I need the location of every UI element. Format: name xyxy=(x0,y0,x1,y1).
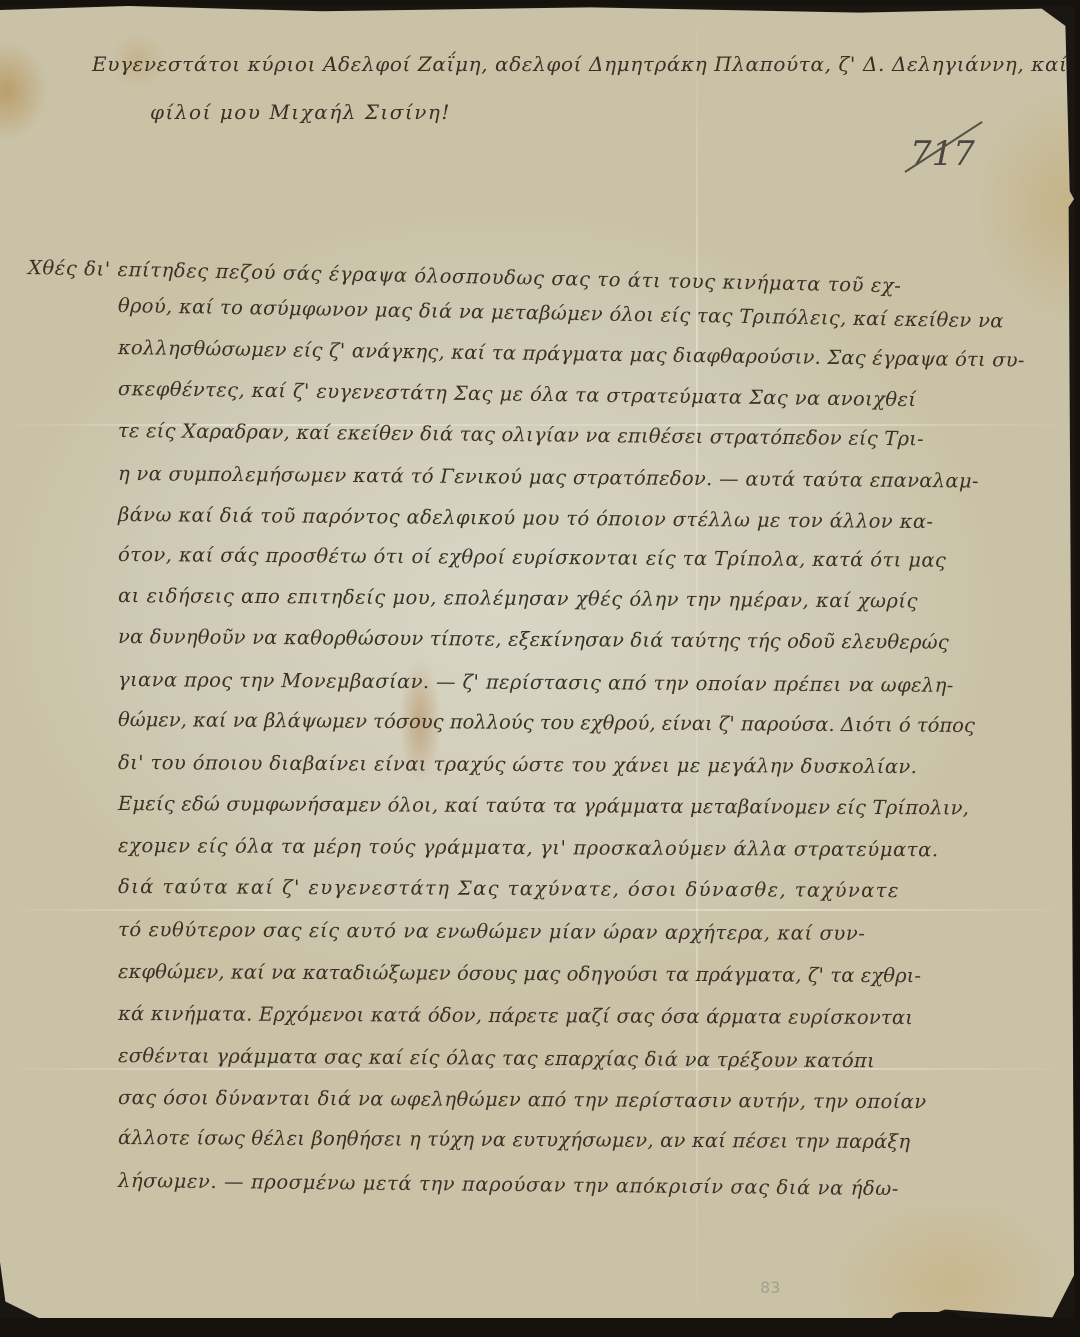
body-line: σκεφθέντες, καί ζ' ευγενεστάτη Σας με όλ… xyxy=(118,377,917,411)
torn-edge xyxy=(890,1312,965,1337)
body-line: γιανα προς την Μονεμβασίαν. — ζ' περίστα… xyxy=(118,668,954,697)
body-line: άλλοτε ίσως θέλει βοηθήσει η τύχη να ευτ… xyxy=(118,1126,910,1153)
archive-number: 717 xyxy=(910,134,975,174)
body-line: τό ευθύτερον σας είς αυτό να ενωθώμεν μί… xyxy=(118,918,866,945)
body-line: Εμείς εδώ συμφωνήσαμεν όλοι, καί ταύτα τ… xyxy=(118,792,969,819)
body-line: Χθές δι' επίτηδες πεζού σάς έγραψα όλοσπ… xyxy=(28,256,902,297)
scan-background xyxy=(1074,0,1080,1337)
body-line: κολλησθώσωμεν είς ζ' ανάγκης, καί τα πρά… xyxy=(118,336,1025,372)
body-line: κά κινήματα. Ερχόμενοι κατά όδον, πάρετε… xyxy=(118,1002,913,1029)
body-line: ότον, καί σάς προσθέτω ότι οί εχθροί ευρ… xyxy=(118,543,946,572)
salutation-line-1: Ευγενεστάτοι κύριοι Αδελφοί Ζαΐμη, αδελφ… xyxy=(92,52,1068,76)
salutation-line-2: φίλοί μου Μιχαήλ Σισίνη! xyxy=(150,100,451,124)
body-line: εκφθώμεν, καί να καταδιώξωμεν όσους μας … xyxy=(118,960,921,987)
body-line: η να συμπολεμήσωμεν κατά τό Γενικού μας … xyxy=(118,462,979,493)
body-line: δι' του όποιου διαβαίνει είναι τραχύς ώσ… xyxy=(118,751,917,778)
torn-edge xyxy=(90,1322,130,1337)
body-line: βάνω καί διά τοῦ παρόντος αδελφικού μου … xyxy=(118,503,934,533)
body-line: εχομεν είς όλα τα μέρη τούς γράμματα, γι… xyxy=(118,834,939,861)
body-line: αι ειδήσεις απο επιτηδείς μου, επολέμησα… xyxy=(118,584,918,613)
body-line: θρού, καί το ασύμφωνον μας διά να μεταβώ… xyxy=(118,294,1004,332)
scan-background xyxy=(0,0,1080,6)
body-line: λήσωμεν. — προσμένω μετά την παρούσαν τη… xyxy=(118,1169,899,1200)
body-line: σας όσοι δύνανται διά να ωφεληθώμεν από … xyxy=(118,1086,927,1113)
body-line: διά ταύτα καί ζ' ευγενεστάτη Σας ταχύνατ… xyxy=(118,875,900,902)
body-line: θώμεν, καί να βλάψωμεν τόσους πολλούς το… xyxy=(118,708,975,737)
paper-fold-line xyxy=(0,909,1074,911)
manuscript-page: Ευγενεστάτοι κύριοι Αδελφοί Ζαΐμη, αδελφ… xyxy=(0,6,1074,1328)
body-line: να δυνηθοῦν να καθορθώσουν τίποτε, εξεκί… xyxy=(118,625,949,654)
page-number: 83 xyxy=(760,1278,780,1297)
